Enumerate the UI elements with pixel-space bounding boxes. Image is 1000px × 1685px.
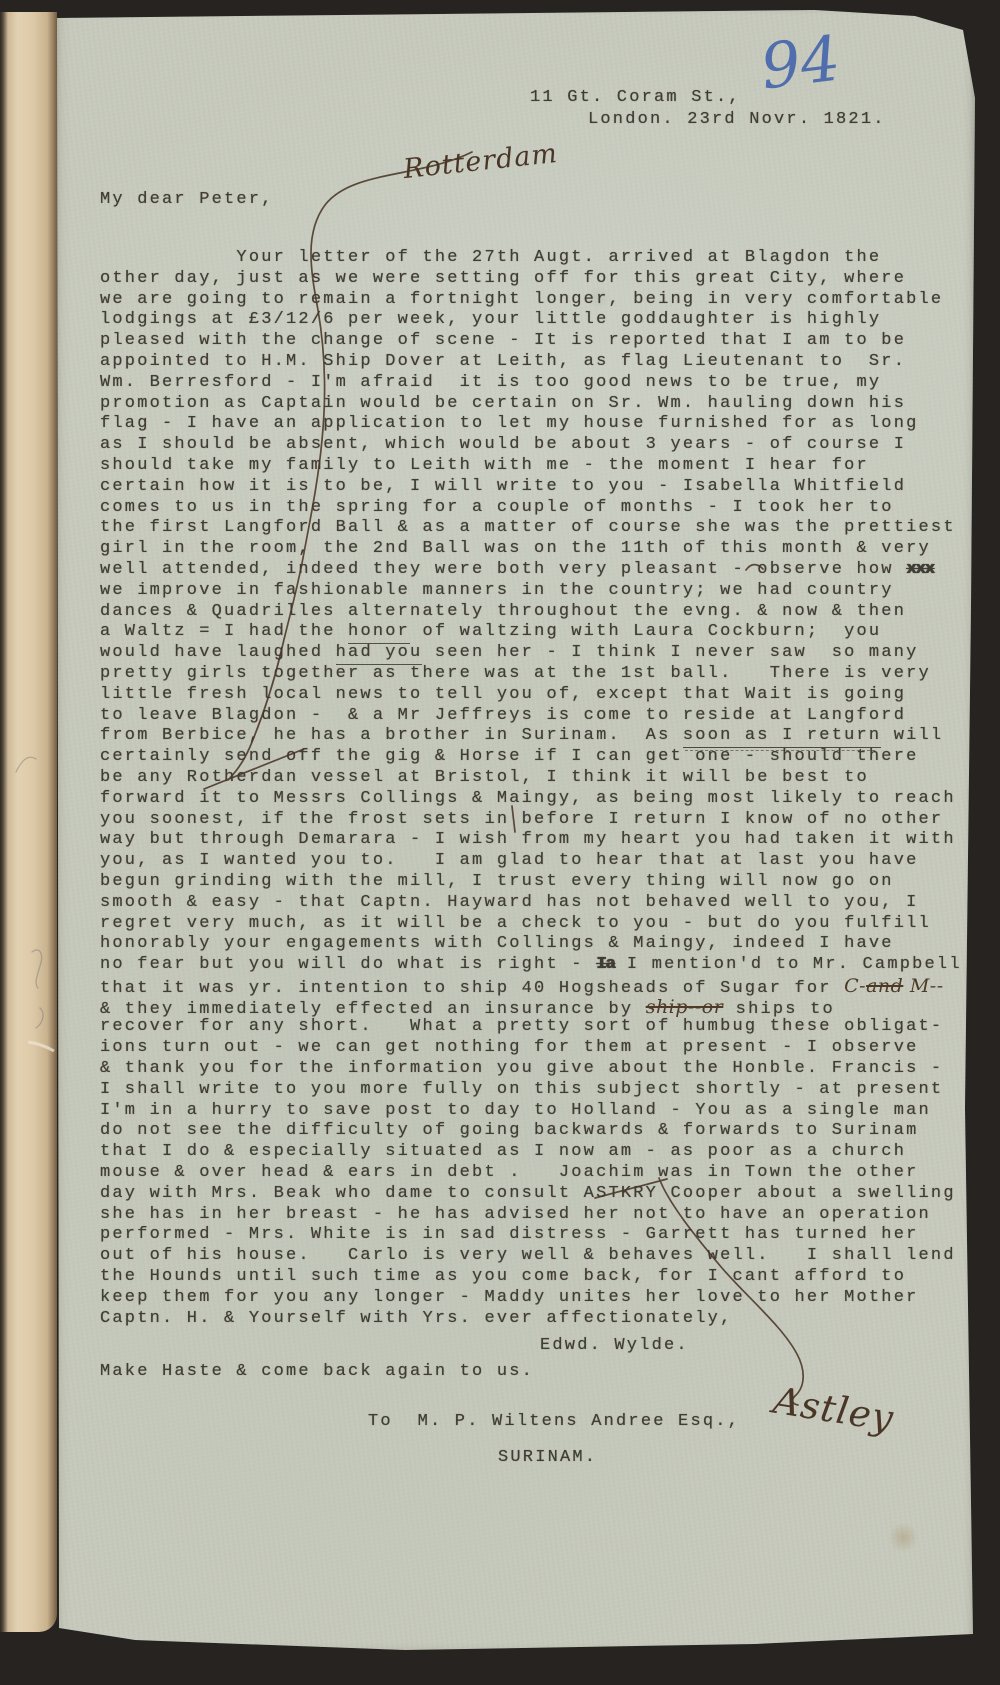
letter-body-line: be any Rotherdan vessel at Bristol, I th… <box>100 768 962 789</box>
letter-body-line: that it was yr. intention to ship 40 Hog… <box>100 976 962 997</box>
annotation-astley: Astley <box>770 1379 896 1440</box>
typed-segment: appointed to H.M. Ship Dover at Leith, a… <box>100 352 906 373</box>
typed-segment: Ia <box>596 955 614 976</box>
letter-body-line: you soonest, if the frost sets in before… <box>100 810 962 831</box>
handwritten-insert: and <box>866 976 903 997</box>
typed-segment: day with Mrs. Beak who dame to consult <box>100 1184 584 1205</box>
letter-body-line: way but through Demarara - I wish from m… <box>100 830 962 851</box>
typed-segment: xxx <box>906 560 934 581</box>
typed-segment: honorably your engagements with Collings… <box>100 934 894 955</box>
typed-segment: seen her - I think I never saw so many <box>422 643 918 664</box>
typed-segment: the first Langford Ball & as a matter of… <box>100 518 956 539</box>
typed-segment: begun grinding with the mill, I trust ev… <box>100 872 894 893</box>
address-line-1: 11 Gt. Coram St., <box>530 88 741 107</box>
typed-segment: Your letter of the 27th Augt. arrived at… <box>100 248 881 269</box>
typed-segment: performed - Mrs. White is in sad distres… <box>100 1225 919 1246</box>
typed-segment: we improve in fashionable manners in the… <box>100 581 894 602</box>
addressee-place: SURINAM. <box>498 1448 597 1467</box>
typed-segment: ASTKRY <box>584 1184 658 1205</box>
typed-segment: Cooper about a swelling <box>658 1184 956 1205</box>
typed-segment: out of his house. Carlo is very well & b… <box>100 1246 956 1267</box>
typed-segment: well attended, indeed they were both ver… <box>100 560 906 581</box>
salutation: My dear Peter, <box>100 190 274 209</box>
typed-segment: other day, just as we were setting off f… <box>100 269 906 290</box>
letter-body-line: begun grinding with the mill, I trust ev… <box>100 872 962 893</box>
typed-segment: promotion as Captain would be certain on… <box>100 394 906 415</box>
typed-segment: regret very much, as it will be a check … <box>100 914 931 935</box>
typed-segment: be any Rotherdan vessel at Bristol, I th… <box>100 768 869 789</box>
typed-segment: from Berbice, he has a brother in Surina… <box>100 726 683 747</box>
typed-segment: little fresh local news to tell you of, … <box>100 685 906 706</box>
letter-body-line: should take my family to Leith with me -… <box>100 456 962 477</box>
album-page-edges <box>0 12 57 1632</box>
typed-segment: we are going to remain a fortnight longe… <box>100 290 943 311</box>
letter-body-line: & thank you for the information you give… <box>100 1059 962 1080</box>
postscript: Make Haste & come back again to us. <box>100 1362 534 1381</box>
letter-body-line: pretty girls together as there was at th… <box>100 664 962 685</box>
letter-body-line: flag - I have an application to let my h… <box>100 414 962 435</box>
typed-segment: I shall write to you more fully on this … <box>100 1080 943 1101</box>
letter-body-line: appointed to H.M. Ship Dover at Leith, a… <box>100 352 962 373</box>
handwritten-insert: ship--or <box>646 997 724 1018</box>
letter-body-line: dances & Quadrilles alternately througho… <box>100 602 962 623</box>
letter-body-line: I shall write to you more fully on this … <box>100 1080 962 1101</box>
typed-segment: that I do & especially situated as I now… <box>100 1142 906 1163</box>
typed-segment: no fear but you will do what is right - <box>100 955 596 976</box>
annotation-rotterdam: Rotterdam <box>402 138 560 185</box>
letter-body-line: little fresh local news to tell you of, … <box>100 685 962 706</box>
typed-segment: to leave Blagdon - & a Mr Jeffreys is co… <box>100 706 906 727</box>
typed-segment: lodgings at £3/12/6 per week, your littl… <box>100 310 881 331</box>
typed-segment: forward it to Messrs Collings & Maingy, … <box>100 789 956 810</box>
letter-body-line: I'm in a hurry to save post to day to Ho… <box>100 1101 962 1122</box>
letter-body-line: would have laughed had you seen her - I … <box>100 643 962 664</box>
typed-segment: soon as I return <box>683 726 881 748</box>
letter-body-line: certain how it is to be, I will write to… <box>100 477 962 498</box>
letter-body-line: keep them for you any longer - Maddy uni… <box>100 1288 962 1309</box>
letter-body-line: forward it to Messrs Collings & Maingy, … <box>100 789 962 810</box>
letter-body-line: the first Langford Ball & as a matter of… <box>100 518 962 539</box>
typed-segment: Captn. H. & Yourself with Yrs. ever affe… <box>100 1309 733 1330</box>
typed-segment: she has in her breast - he has advised h… <box>100 1205 931 1226</box>
typed-segment: will <box>881 726 943 747</box>
typed-segment: pretty girls together as there was at th… <box>100 664 931 685</box>
letter-body-line: well attended, indeed they were both ver… <box>100 560 962 581</box>
typed-segment: mouse & over head & ears in debt . Joach… <box>100 1163 919 1184</box>
letter-body-line: recover for any short. What a pretty sor… <box>100 1017 962 1038</box>
typed-segment: Wm. Berresford - I'm afraid it is too go… <box>100 373 881 394</box>
letter-body-line: we improve in fashionable manners in the… <box>100 581 962 602</box>
typed-segment: & thank you for the information you give… <box>100 1059 943 1080</box>
letter-body-line: ions turn out - we can get nothing for t… <box>100 1038 962 1059</box>
typed-segment: recover for any short. What a pretty sor… <box>100 1017 943 1038</box>
typed-segment: the Hounds until such time as you come b… <box>100 1267 906 1288</box>
typed-segment: you soonest, if the frost sets in before… <box>100 810 943 831</box>
letter-body-line: pleased with the change of scene - It is… <box>100 331 962 352</box>
typed-segment: pleased with the change of scene - It is… <box>100 331 906 352</box>
letter-body-line: Your letter of the 27th Augt. arrived at… <box>100 248 962 269</box>
typed-segment: smooth & easy - that Captn. Hayward has … <box>100 893 919 914</box>
typed-segment: a Waltz = I had the <box>100 622 348 643</box>
typed-segment: ions turn out - we can get nothing for t… <box>100 1038 919 1059</box>
typed-segment: I mention'd to Mr. Campbell <box>614 955 961 976</box>
letter-body-line: comes to us in the spring for a couple o… <box>100 498 962 519</box>
letter-body-line: no fear but you will do what is right - … <box>100 955 962 976</box>
letter-body-line: smooth & easy - that Captn. Hayward has … <box>100 893 962 914</box>
letter-body: Your letter of the 27th Augt. arrived at… <box>100 248 962 1329</box>
letter-body-line: we are going to remain a fortnight longe… <box>100 290 962 311</box>
typed-segment: girl in the room, the 2nd Ball was on th… <box>100 539 931 560</box>
typed-segment: keep them for you any longer - Maddy uni… <box>100 1288 919 1309</box>
letter-body-line: lodgings at £3/12/6 per week, your littl… <box>100 310 962 331</box>
typed-segment: should take my family to Leith with me -… <box>100 456 869 477</box>
letter-body-line: girl in the room, the 2nd Ball was on th… <box>100 539 962 560</box>
letter-body-line: as I should be absent, which would be ab… <box>100 435 962 456</box>
letter-body-line: that I do & especially situated as I now… <box>100 1142 962 1163</box>
typed-segment: you, as I wanted you to. I am glad to he… <box>100 851 919 872</box>
letter-body-line: to leave Blagdon - & a Mr Jeffreys is co… <box>100 706 962 727</box>
letter-body-line: you, as I wanted you to. I am glad to he… <box>100 851 962 872</box>
scanned-letter-page: 94 11 Gt. Coram St., London. 23rd Novr. … <box>0 0 1000 1685</box>
typed-segment: certain how it is to be, I will write to… <box>100 477 906 498</box>
letter-body-line: from Berbice, he has a brother in Surina… <box>100 726 962 747</box>
addressee: To M. P. Wiltens Andree Esq., <box>368 1412 740 1431</box>
signature: Edwd. Wylde. <box>540 1336 689 1355</box>
letter-body-line: other day, just as we were setting off f… <box>100 269 962 290</box>
typed-segment: of waltzing with Laura Cockburn; you <box>410 622 881 643</box>
typed-segment: do not see the difficulty of going backw… <box>100 1121 919 1142</box>
typed-segment: flag - I have an application to let my h… <box>100 414 919 435</box>
letter-body-line: a Waltz = I had the honor of waltzing wi… <box>100 622 962 643</box>
typed-segment: had you <box>336 643 423 665</box>
typed-segment: way but through Demarara - I wish from m… <box>100 830 956 851</box>
letter-body-line: promotion as Captain would be certain on… <box>100 394 962 415</box>
letter-body-line: performed - Mrs. White is in sad distres… <box>100 1225 962 1246</box>
typed-segment: would have laughed <box>100 643 336 664</box>
address-line-2: London. 23rd Novr. 1821. <box>588 110 886 129</box>
letter-body-line: regret very much, as it will be a check … <box>100 914 962 935</box>
letter-body-line: mouse & over head & ears in debt . Joach… <box>100 1163 962 1184</box>
typed-segment: I'm in a hurry to save post to day to Ho… <box>100 1101 931 1122</box>
letter-body-line: Wm. Berresford - I'm afraid it is too go… <box>100 373 962 394</box>
letter-body-line: out of his house. Carlo is very well & b… <box>100 1246 962 1267</box>
letter-paper: 94 11 Gt. Coram St., London. 23rd Novr. … <box>55 8 977 1656</box>
letter-body-line: do not see the difficulty of going backw… <box>100 1121 962 1142</box>
typed-segment: as I should be absent, which would be ab… <box>100 435 906 456</box>
letter-body-line: day with Mrs. Beak who dame to consult A… <box>100 1184 962 1205</box>
typed-segment: comes to us in the spring for a couple o… <box>100 498 894 519</box>
letter-body-line: honorably your engagements with Collings… <box>100 934 962 955</box>
typed-segment: dances & Quadrilles alternately througho… <box>100 602 906 623</box>
letter-body-line: Captn. H. & Yourself with Yrs. ever affe… <box>100 1309 962 1330</box>
letter-body-line: the Hounds until such time as you come b… <box>100 1267 962 1288</box>
handwritten-insert: C- <box>844 976 866 997</box>
folio-number: 94 <box>757 21 844 103</box>
letter-body-line: & they immediately effected an insurance… <box>100 997 962 1018</box>
letter-body-line: she has in her breast - he has advised h… <box>100 1205 962 1226</box>
typed-segment: honor <box>348 622 410 644</box>
handwritten-insert: M-- <box>903 976 943 997</box>
